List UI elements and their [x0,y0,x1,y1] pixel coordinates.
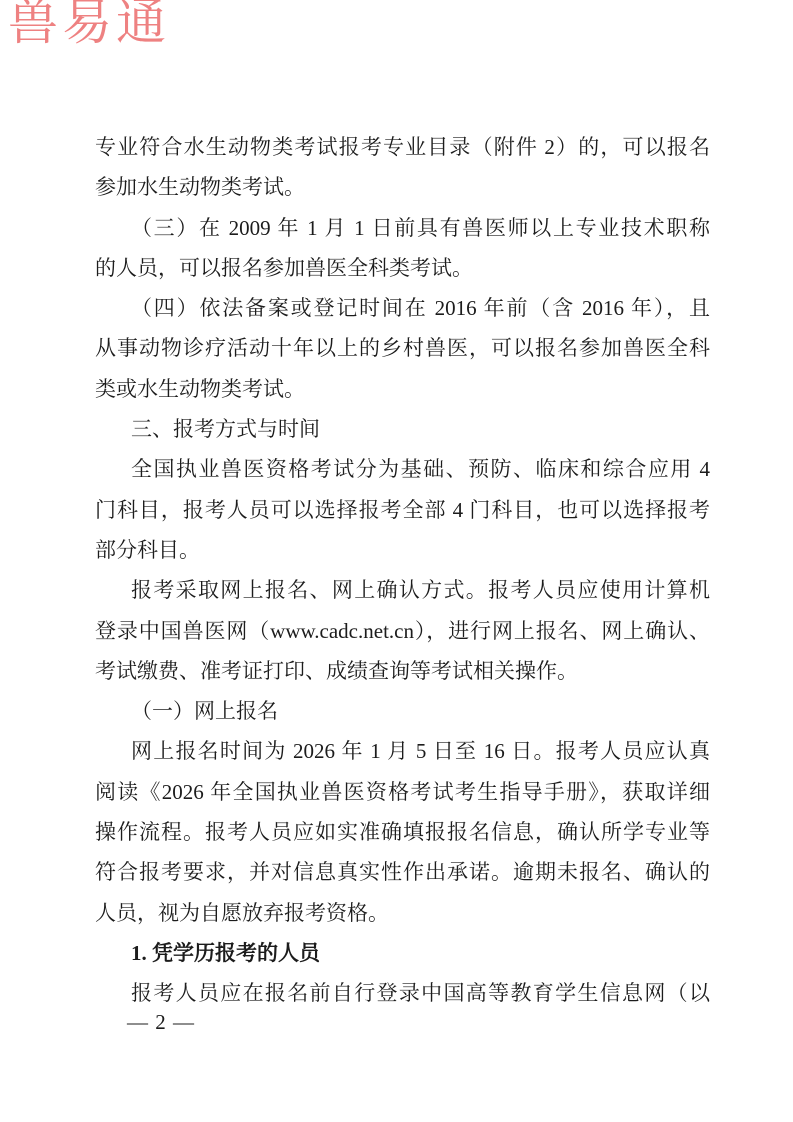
text-line: 人员，视为自愿放弃报考资格。 [95,893,710,933]
text-line: 登录中国兽医网（www.cadc.net.cn），进行网上报名、网上确认、 [95,611,710,651]
text-line: （一）网上报名 [95,691,710,731]
document-page: 兽易通 专业符合水生动物类考试报考专业目录（附件 2）的，可以报名参加水生动物类… [0,0,793,1122]
text-line: 专业符合水生动物类考试报考专业目录（附件 2）的，可以报名 [95,127,710,167]
text-line: 部分科目。 [95,530,710,570]
document-body: 专业符合水生动物类考试报考专业目录（附件 2）的，可以报名参加水生动物类考试。（… [95,127,710,1014]
text-line: 参加水生动物类考试。 [95,167,710,207]
watermark: 兽易通 [8,0,170,48]
text-line: 类或水生动物类考试。 [95,369,710,409]
text-line: 门科目，报考人员可以选择报考全部 4 门科目，也可以选择报考 [95,490,710,530]
text-line: 从事动物诊疗活动十年以上的乡村兽医，可以报名参加兽医全科 [95,328,710,368]
text-line: 1. 凭学历报考的人员 [95,933,710,973]
text-line: 阅读《2026 年全国执业兽医资格考试考生指导手册》，获取详细 [95,772,710,812]
text-line: 三、报考方式与时间 [95,409,710,449]
page-number: — 2 — [127,1008,195,1036]
text-line: 报考采取网上报名、网上确认方式。报考人员应使用计算机 [95,570,710,610]
text-line: 全国执业兽医资格考试分为基础、预防、临床和综合应用 4 [95,449,710,489]
text-line: 网上报名时间为 2026 年 1 月 5 日至 16 日。报考人员应认真 [95,731,710,771]
text-line: （四）依法备案或登记时间在 2016 年前（含 2016 年），且 [95,288,710,328]
text-line: 考试缴费、准考证打印、成绩查询等考试相关操作。 [95,651,710,691]
text-line: （三）在 2009 年 1 月 1 日前具有兽医师以上专业技术职称 [95,208,710,248]
text-line: 操作流程。报考人员应如实准确填报报名信息，确认所学专业等 [95,812,710,852]
text-line: 符合报考要求，并对信息真实性作出承诺。逾期未报名、确认的 [95,852,710,892]
text-line: 的人员，可以报名参加兽医全科类考试。 [95,248,710,288]
